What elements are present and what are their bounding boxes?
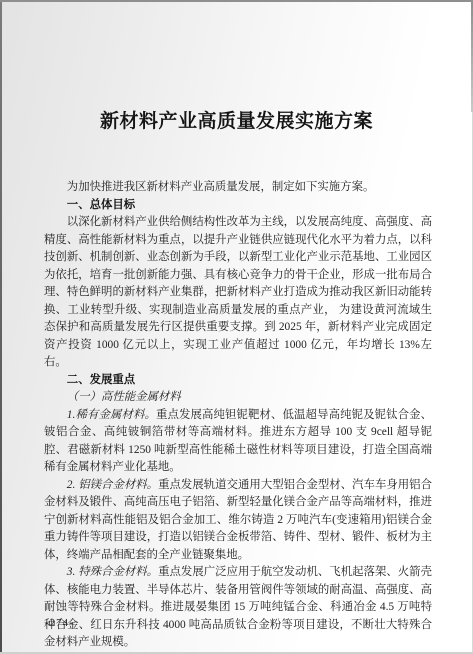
section-heading-development-focus: 二、发展重点	[44, 372, 432, 390]
document-body: 为加快推进我区新材料产业高质量发展，制定如下实施方案。 一、总体目标 以深化新材…	[44, 179, 432, 652]
document-page: 新材料产业高质量发展实施方案 为加快推进我区新材料产业高质量发展，制定如下实施方…	[0, 0, 473, 654]
paragraph-lead-rare-metal-materials: 1.稀有金属材料。	[67, 409, 156, 421]
page-number: -274-	[45, 617, 74, 629]
paragraph-aluminum-magnesium-alloy-materials: 2. 铝镁合金材料。重点发展轨道交通用大型铝合金型材、汽车车身用铝合金材料及锻件…	[44, 477, 432, 565]
subsection-heading-high-performance-metal-materials: （一）高性能金属材料	[44, 389, 432, 407]
paragraph-lead-special-alloy-materials: 3. 特殊合金材料。	[67, 566, 158, 578]
page-title: 新材料产业高质量发展实施方案	[0, 106, 473, 133]
paragraph-text-special-alloy-materials: 重点发展广泛应用于航空发动机、飞机起落架、火箭壳体、核能电力装置、半导体芯片、装…	[44, 566, 432, 648]
intro-paragraph: 为加快推进我区新材料产业高质量发展，制定如下实施方案。	[44, 179, 432, 197]
paragraph-rare-metal-materials: 1.稀有金属材料。重点发展高纯钽铌靶材、低温超导高纯铌及铌钛合金、铍铝合金、高纯…	[44, 407, 432, 477]
paragraph-lead-aluminum-magnesium-alloy-materials: 2. 铝镁合金材料。	[67, 479, 158, 491]
overall-goals-paragraph: 以深化新材料产业供给侧结构性改革为主线，以发展高纯度、高强度、高精度、高性能新材…	[44, 214, 432, 372]
section-heading-overall-goals: 一、总体目标	[44, 197, 432, 215]
page-left-edge	[0, 2, 2, 654]
paragraph-special-alloy-materials: 3. 特殊合金材料。重点发展广泛应用于航空发动机、飞机起落架、火箭壳体、核能电力…	[44, 564, 432, 652]
